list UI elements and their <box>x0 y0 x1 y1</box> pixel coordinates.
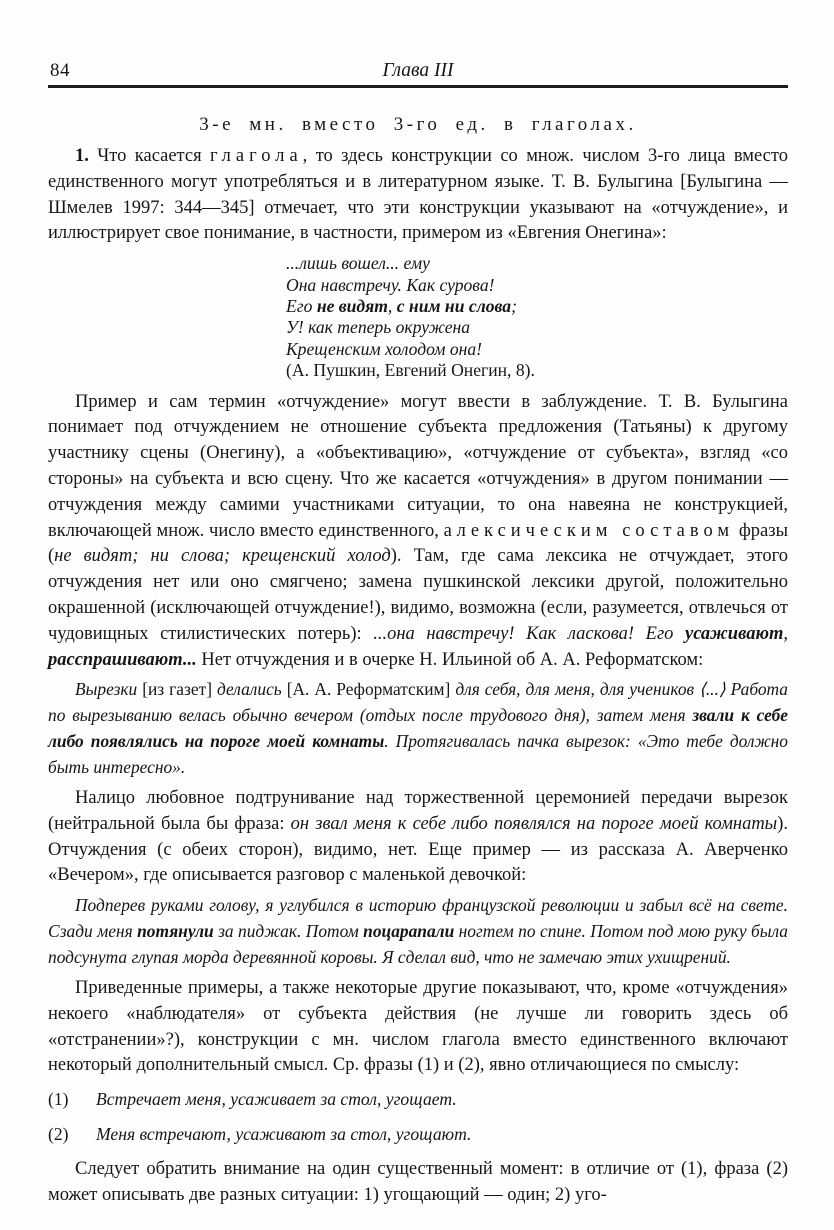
verse-line-2: Она навстречу. Как сурова! <box>286 275 788 296</box>
verse-line-4: У! как теперь окружена <box>286 317 788 338</box>
example-text: Меня встречают, усаживают за стол, угоща… <box>96 1122 471 1147</box>
verse-block: ...лишь вошел... ему Она навстречу. Как … <box>286 253 788 381</box>
examples-list: (1) Встречает меня, усаживает за стол, у… <box>48 1087 788 1147</box>
verse-line-5: Крещенским холодом она! <box>286 339 788 360</box>
example-item-1: (1) Встречает меня, усаживает за стол, у… <box>48 1087 788 1112</box>
paragraph-2: Пример и сам термин «отчуждение» могут в… <box>48 390 788 674</box>
section-title: 3-е мн. вместо 3-го ед. в глаголах. <box>48 114 788 136</box>
header-rule <box>48 85 788 88</box>
paragraph-5: Следует обратить внимание на один сущест… <box>48 1157 788 1209</box>
example-item-2: (2) Меня встречают, усаживают за стол, у… <box>48 1122 788 1147</box>
example-number: (2) <box>48 1122 96 1147</box>
chapter-title: Глава III <box>48 60 788 82</box>
paragraph-1: 1. Что касается глагола, то здесь констр… <box>48 144 788 247</box>
page-header: 84 Глава III <box>48 56 788 82</box>
verse-line-1: ...лишь вошел... ему <box>286 253 788 274</box>
block-quote-2: Подперев руками голову, я углубился в ис… <box>48 893 788 971</box>
verse-attribution: (А. Пушкин, Евгений Онегин, 8). <box>286 360 788 381</box>
paragraph-3: Налицо любовное подтрунивание над торжес… <box>48 786 788 889</box>
paragraph-4: Приведенные примеры, а также некоторые д… <box>48 976 788 1079</box>
verse-line-3: Его не видят, с ним ни слова; <box>286 296 788 317</box>
block-quote-1: Вырезки [из газет] делались [А. А. Рефор… <box>48 677 788 781</box>
example-number: (1) <box>48 1087 96 1112</box>
book-page: 84 Глава III 3-е мн. вместо 3-го ед. в г… <box>0 0 834 1230</box>
example-text: Встречает меня, усаживает за стол, угоща… <box>96 1087 457 1112</box>
